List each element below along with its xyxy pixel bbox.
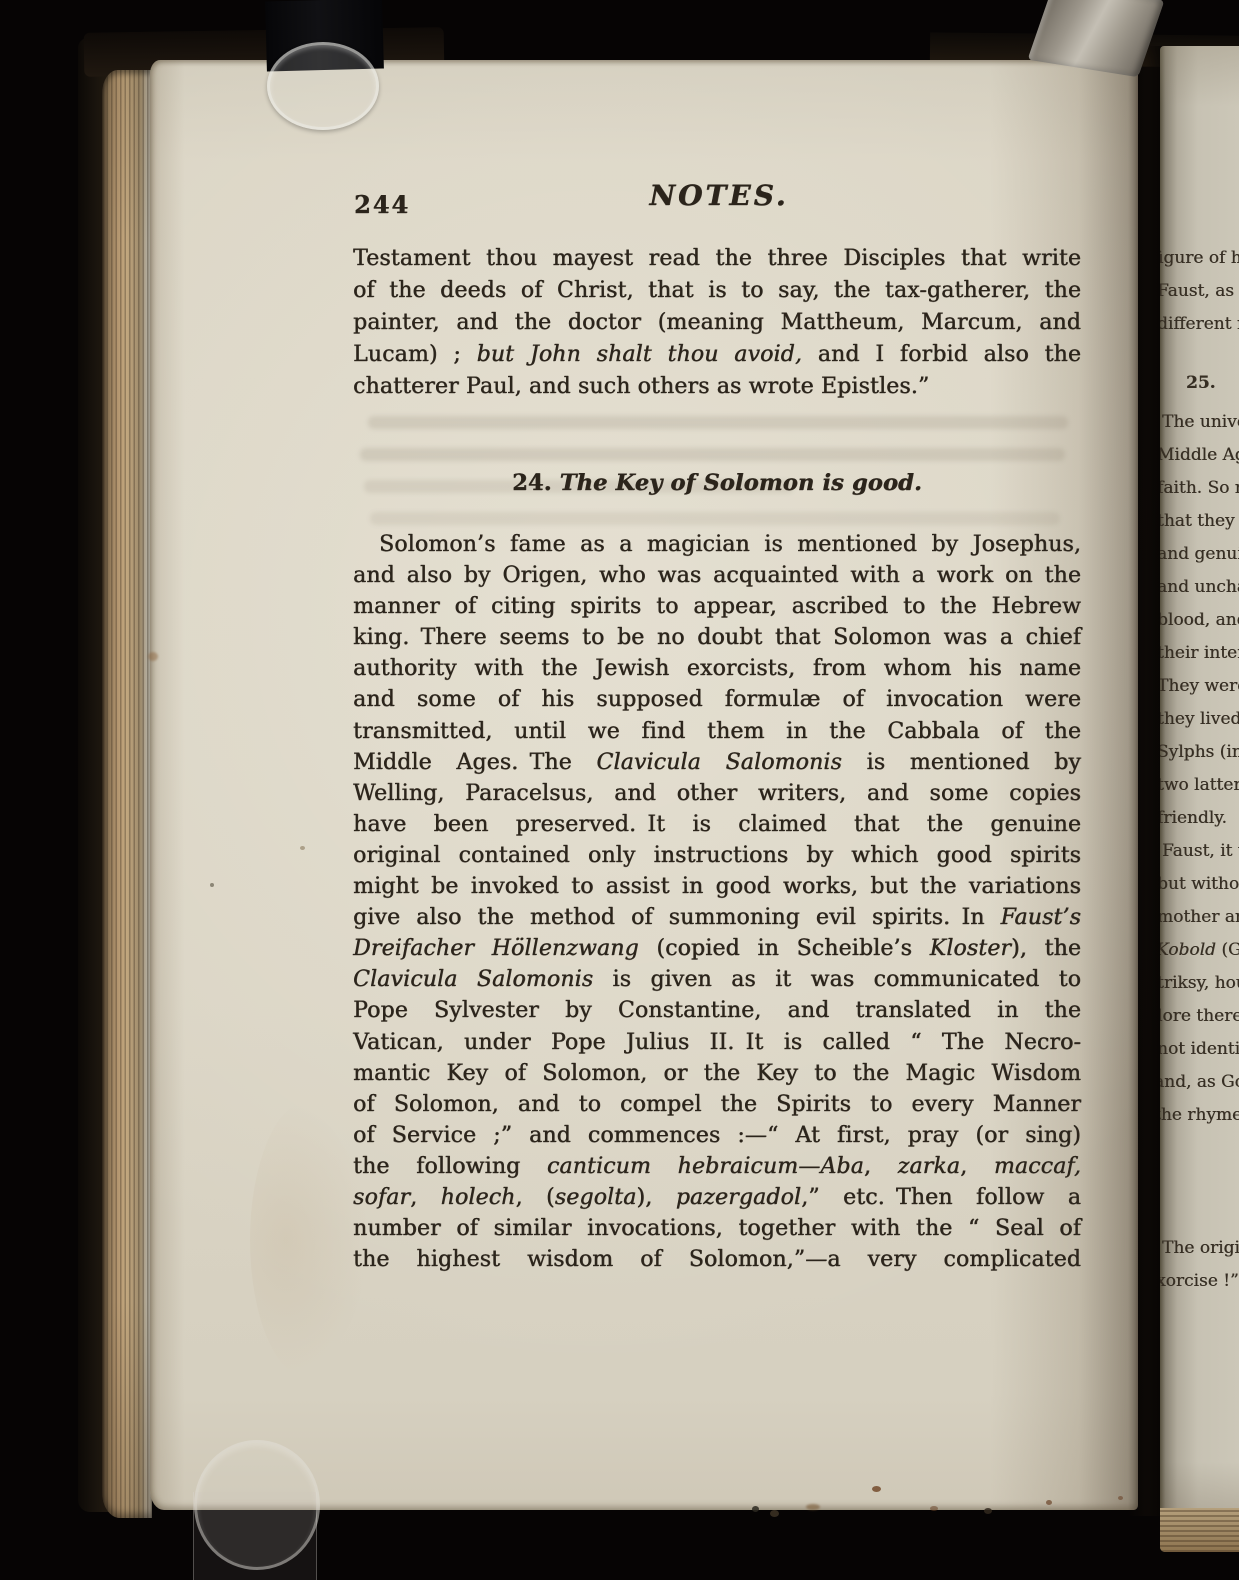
speck <box>1046 1500 1052 1505</box>
foxing-spot <box>148 652 158 661</box>
speck <box>770 1510 779 1517</box>
right-page-bottom-edges <box>1160 1508 1239 1552</box>
page-number: 244 <box>354 190 410 219</box>
top-left-clip-ring <box>267 42 379 130</box>
speck <box>752 1506 759 1512</box>
paragraph-continuation: Testament thou mayest read the three Dis… <box>353 243 1081 403</box>
right-page-partial: figure of hexagFaust, as thedifferent me… <box>1160 46 1239 1552</box>
showthrough-line <box>360 448 1065 461</box>
speck <box>210 883 214 887</box>
showthrough-line <box>368 416 1068 429</box>
showthrough-line <box>370 512 1060 525</box>
page-gutter-shadow <box>1128 46 1162 1516</box>
stain <box>872 1486 881 1492</box>
speck <box>300 846 305 850</box>
page-fore-edge-stack <box>102 70 152 1518</box>
speck <box>984 1508 992 1514</box>
stain <box>806 1504 820 1510</box>
speck <box>1118 1496 1123 1500</box>
book-photo: figure of hexagFaust, as thedifferent me… <box>0 0 1239 1580</box>
right-page-text-fragment: figure of hexagFaust, as thedifferent me… <box>1160 242 1239 1298</box>
bottom-left-clip-strap <box>193 1492 317 1580</box>
speck <box>930 1506 938 1511</box>
stain <box>250 1100 370 1380</box>
note-24-heading: 24. The Key of Solomon is good. <box>353 468 1081 498</box>
note-24-body: Solomon’s fame as a magician is mentione… <box>353 529 1081 1275</box>
running-header: NOTES. <box>569 179 869 212</box>
